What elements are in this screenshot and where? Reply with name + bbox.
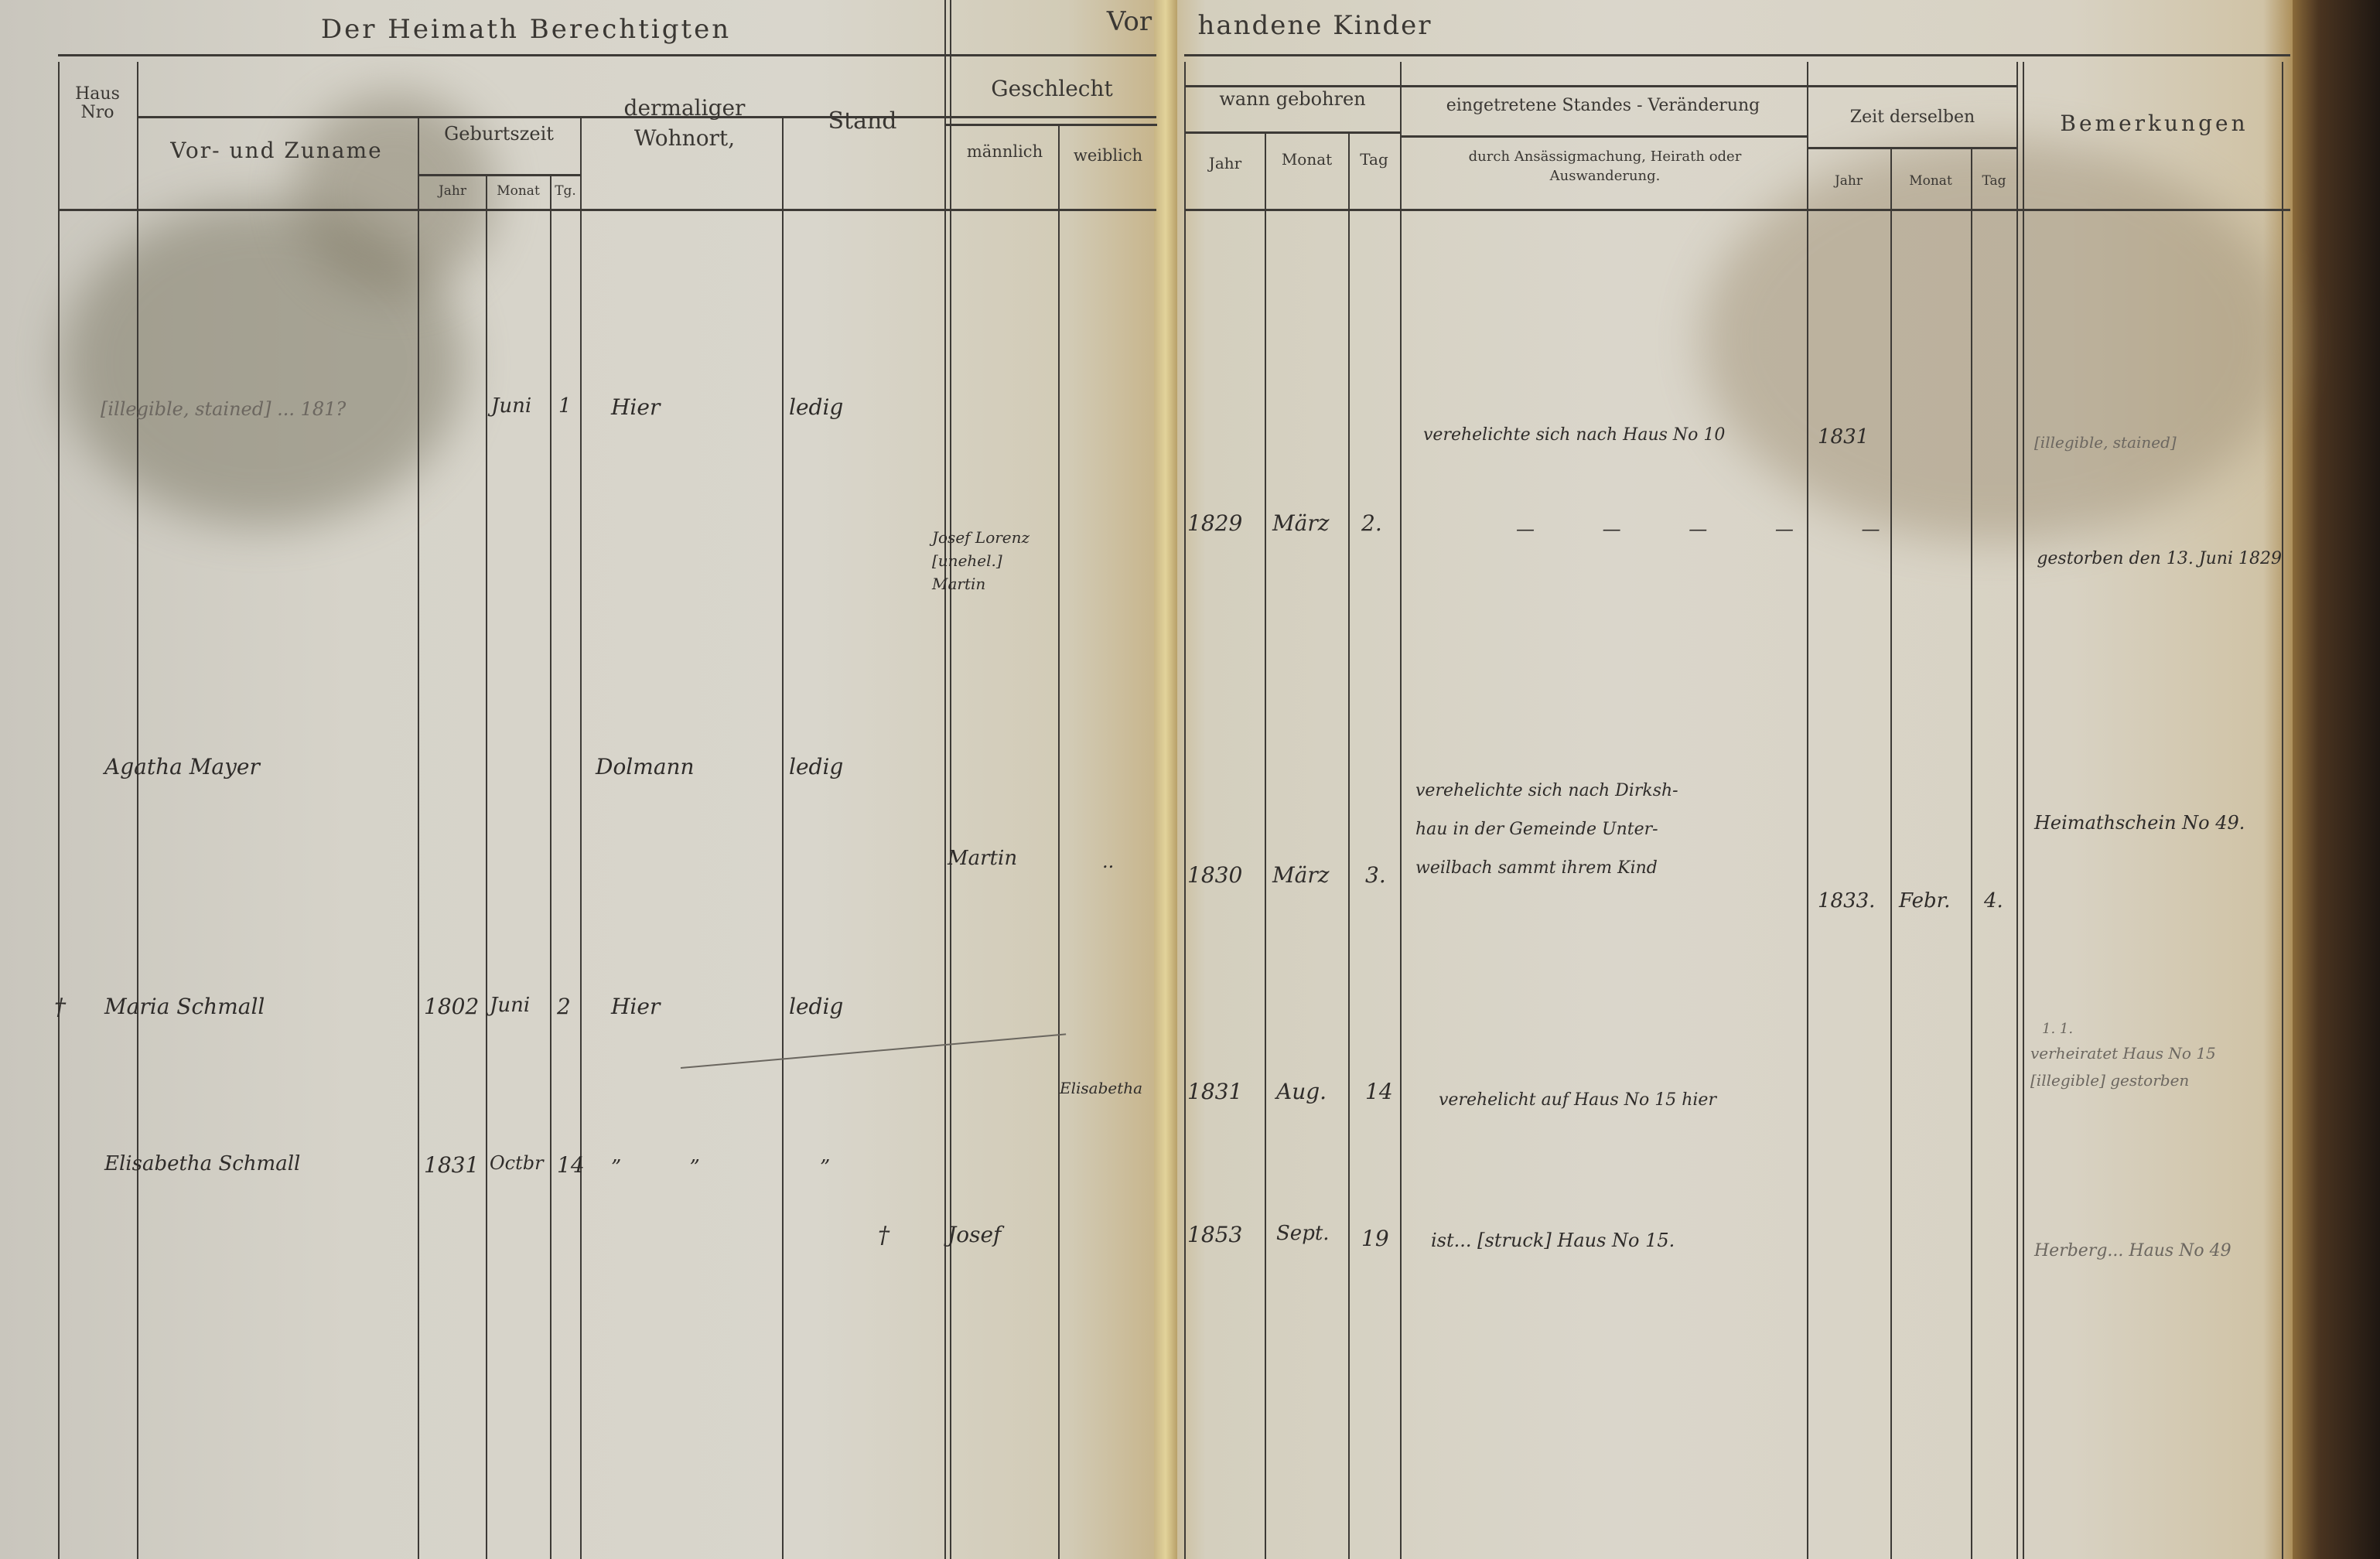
entry-1-wohnort: Hier bbox=[611, 394, 660, 420]
header-geburtszeit-jahr: Jahr bbox=[422, 184, 483, 199]
column-rule bbox=[418, 116, 419, 1559]
column-rule bbox=[137, 62, 138, 1559]
subheader-rule bbox=[944, 124, 1157, 126]
column-rule bbox=[1348, 131, 1350, 1559]
entry-8-child-male: Josef bbox=[948, 1222, 1001, 1247]
column-rule bbox=[1058, 124, 1060, 1559]
entry-1-stand: ledig bbox=[789, 394, 843, 420]
header-rule-top-right bbox=[1184, 54, 2290, 56]
entry-8-child-month: Sept. bbox=[1276, 1222, 1330, 1245]
header-wann-gebohren: wann gebohren bbox=[1187, 89, 1398, 109]
entry-4-child-year: 1830 bbox=[1187, 862, 1242, 888]
column-rule bbox=[1890, 147, 1892, 1559]
entry-7-birth-day: 14 bbox=[557, 1152, 585, 1178]
entry-1-name: [illegible, stained] ... 181? bbox=[101, 398, 346, 420]
column-rule bbox=[950, 0, 951, 1559]
entry-3-stand: ledig bbox=[789, 754, 843, 779]
entry-8-remark: Herberg... Haus No 49 bbox=[2034, 1241, 2231, 1261]
entry-4-child-male: Martin bbox=[948, 847, 1017, 870]
entry-6-remark-line1: 1. 1. bbox=[2042, 1021, 2073, 1037]
entry-8-child-day: 19 bbox=[1361, 1226, 1389, 1251]
column-rule bbox=[486, 174, 487, 1559]
header-geburtszeit: Geburtszeit bbox=[422, 124, 576, 144]
column-rule bbox=[1807, 62, 1808, 1559]
column-rule bbox=[550, 174, 551, 1559]
header-rule-bottom-right bbox=[1184, 209, 2290, 211]
entry-4-child-female: .. bbox=[1102, 851, 1114, 872]
subheader-rule bbox=[1400, 135, 1807, 138]
entry-6-child-female: Elisabetha bbox=[1060, 1079, 1142, 1097]
header-monat: Monat bbox=[1267, 151, 1347, 168]
entry-2-child-year: 1829 bbox=[1187, 510, 1242, 536]
header-tag: Tag bbox=[1350, 151, 1398, 168]
entry-2-child-month: März bbox=[1272, 510, 1330, 536]
entry-1-remark: [illegible, stained] bbox=[2034, 433, 2177, 452]
entry-4-change-line3: weilbach sammt ihrem Kind bbox=[1415, 858, 1658, 878]
column-rule bbox=[1971, 147, 1972, 1559]
entry-8-change: ist... [struck] Haus No 15. bbox=[1431, 1230, 1675, 1251]
column-rule bbox=[2016, 62, 2018, 1559]
header-rule-bottom bbox=[58, 209, 1156, 211]
entry-5-stand: ledig bbox=[789, 994, 843, 1019]
header-maennlich: männlich bbox=[951, 143, 1058, 161]
book-gutter bbox=[1154, 0, 1177, 1559]
header-rule-mid-right bbox=[1184, 85, 2016, 87]
entry-5-birth-year: 1802 bbox=[424, 994, 479, 1019]
subheader-rule bbox=[1184, 131, 1401, 134]
header-veraenderung-sub: durch Ansässigmachung, Heirath oder Ausw… bbox=[1415, 147, 1794, 186]
entry-4-child-month: März bbox=[1272, 862, 1330, 888]
header-geburtszeit-tag: Tg. bbox=[551, 184, 579, 199]
subheader-rule bbox=[1807, 147, 2016, 149]
entry-5-birth-day: 2 bbox=[557, 994, 571, 1019]
entry-4-child-day: 3. bbox=[1365, 862, 1386, 888]
header-zeit-monat: Monat bbox=[1892, 174, 1969, 189]
column-rule bbox=[1265, 131, 1266, 1559]
entry-2-change-dashes: — — — — — bbox=[1516, 518, 1911, 540]
header-zeit-jahr: Jahr bbox=[1810, 174, 1887, 189]
header-stand: Stand bbox=[785, 108, 940, 134]
entry-7-name: Elisabetha Schmall bbox=[104, 1152, 300, 1175]
entry-7-wohnort: ” ” bbox=[611, 1156, 731, 1179]
entry-4-change-line2: hau in der Gemeinde Unter- bbox=[1415, 820, 1658, 839]
entry-3-name: Agatha Mayer bbox=[104, 754, 260, 779]
entry-5-haus-no: † bbox=[54, 994, 66, 1021]
header-zeit: Zeit derselben bbox=[1810, 108, 2015, 127]
entry-2-remark: gestorben den 13. Juni 1829 bbox=[2027, 549, 2282, 568]
entry-6-child-month: Aug. bbox=[1276, 1079, 1327, 1104]
water-stain bbox=[1702, 139, 2290, 541]
entry-2-child-day: 2. bbox=[1361, 510, 1382, 536]
header-haus-nro: Haus Nro bbox=[60, 85, 135, 122]
column-rule bbox=[580, 116, 582, 1559]
entry-5-wohnort: Hier bbox=[611, 994, 660, 1019]
column-rule bbox=[944, 0, 946, 1559]
entry-1-change-year: 1831 bbox=[1818, 425, 1869, 449]
entry-8-child-marker: † bbox=[878, 1222, 890, 1249]
entry-6-change: verehelicht auf Haus No 15 hier bbox=[1439, 1090, 1716, 1110]
entry-8-child-year: 1853 bbox=[1187, 1222, 1242, 1247]
header-bemerkungen: Bemerkungen bbox=[2027, 112, 2282, 136]
entry-7-birth-year: 1831 bbox=[424, 1152, 479, 1178]
subheader-rule bbox=[418, 174, 580, 176]
column-rule bbox=[58, 62, 60, 1559]
entry-6-remark-line2: verheiratet Haus No 15 bbox=[2030, 1044, 2216, 1063]
entry-3-wohnort: Dolmann bbox=[596, 754, 695, 779]
header-geburtszeit-monat: Monat bbox=[487, 184, 549, 199]
entry-2-child-male: Josef Lorenz [unehel.] Martin bbox=[932, 526, 1033, 595]
header-jahr: Jahr bbox=[1187, 155, 1263, 172]
column-rule bbox=[782, 116, 784, 1559]
entry-5-name: Maria Schmall bbox=[104, 994, 265, 1019]
column-rule bbox=[1184, 62, 1186, 1559]
entry-1-birth-day: 1 bbox=[558, 394, 572, 418]
entry-4-change-month: Febr. bbox=[1899, 889, 1951, 913]
header-wohnort: dermaliger Wohnort, bbox=[596, 93, 773, 153]
column-rule bbox=[1400, 62, 1402, 1559]
column-rule bbox=[2023, 62, 2024, 1559]
entry-1-change: verehelichte sich nach Haus No 10 bbox=[1423, 425, 1725, 445]
header-geschlecht: Geschlecht bbox=[951, 77, 1152, 101]
entry-4-remark: Heimathschein No 49. bbox=[2034, 812, 2245, 834]
header-rule-top bbox=[58, 54, 1156, 56]
entry-5-birth-month: Juni bbox=[490, 994, 530, 1017]
entry-4-change-day: 4. bbox=[1984, 889, 2003, 913]
column-rule bbox=[2282, 62, 2283, 1559]
entry-4-change-year: 1833. bbox=[1818, 889, 1875, 913]
header-zeit-tag: Tag bbox=[1972, 174, 2016, 189]
book-cover-edge bbox=[2293, 0, 2380, 1559]
entry-1-birth-month: Juni bbox=[491, 394, 531, 418]
header-veraenderung: eingetretene Standes - Veränderung bbox=[1404, 97, 1802, 115]
right-page-title-part2: handene Kinder bbox=[1191, 12, 1439, 40]
entry-6-child-day: 14 bbox=[1365, 1079, 1393, 1104]
entry-7-birth-month: Octbr bbox=[490, 1152, 544, 1174]
header-weiblich: weiblich bbox=[1060, 147, 1156, 165]
entry-7-stand: ” bbox=[820, 1156, 830, 1179]
entry-6-child-year: 1831 bbox=[1187, 1079, 1242, 1104]
entry-6-remark-line3: [illegible] gestorben bbox=[2030, 1071, 2189, 1090]
left-page-title: Der Heimath Berechtigten bbox=[294, 15, 758, 44]
right-page-title-part1: Vor bbox=[1098, 8, 1160, 36]
header-name: Vor- und Zuname bbox=[139, 139, 414, 163]
entry-4-change-line1: verehelichte sich nach Dirksh- bbox=[1415, 781, 1678, 800]
